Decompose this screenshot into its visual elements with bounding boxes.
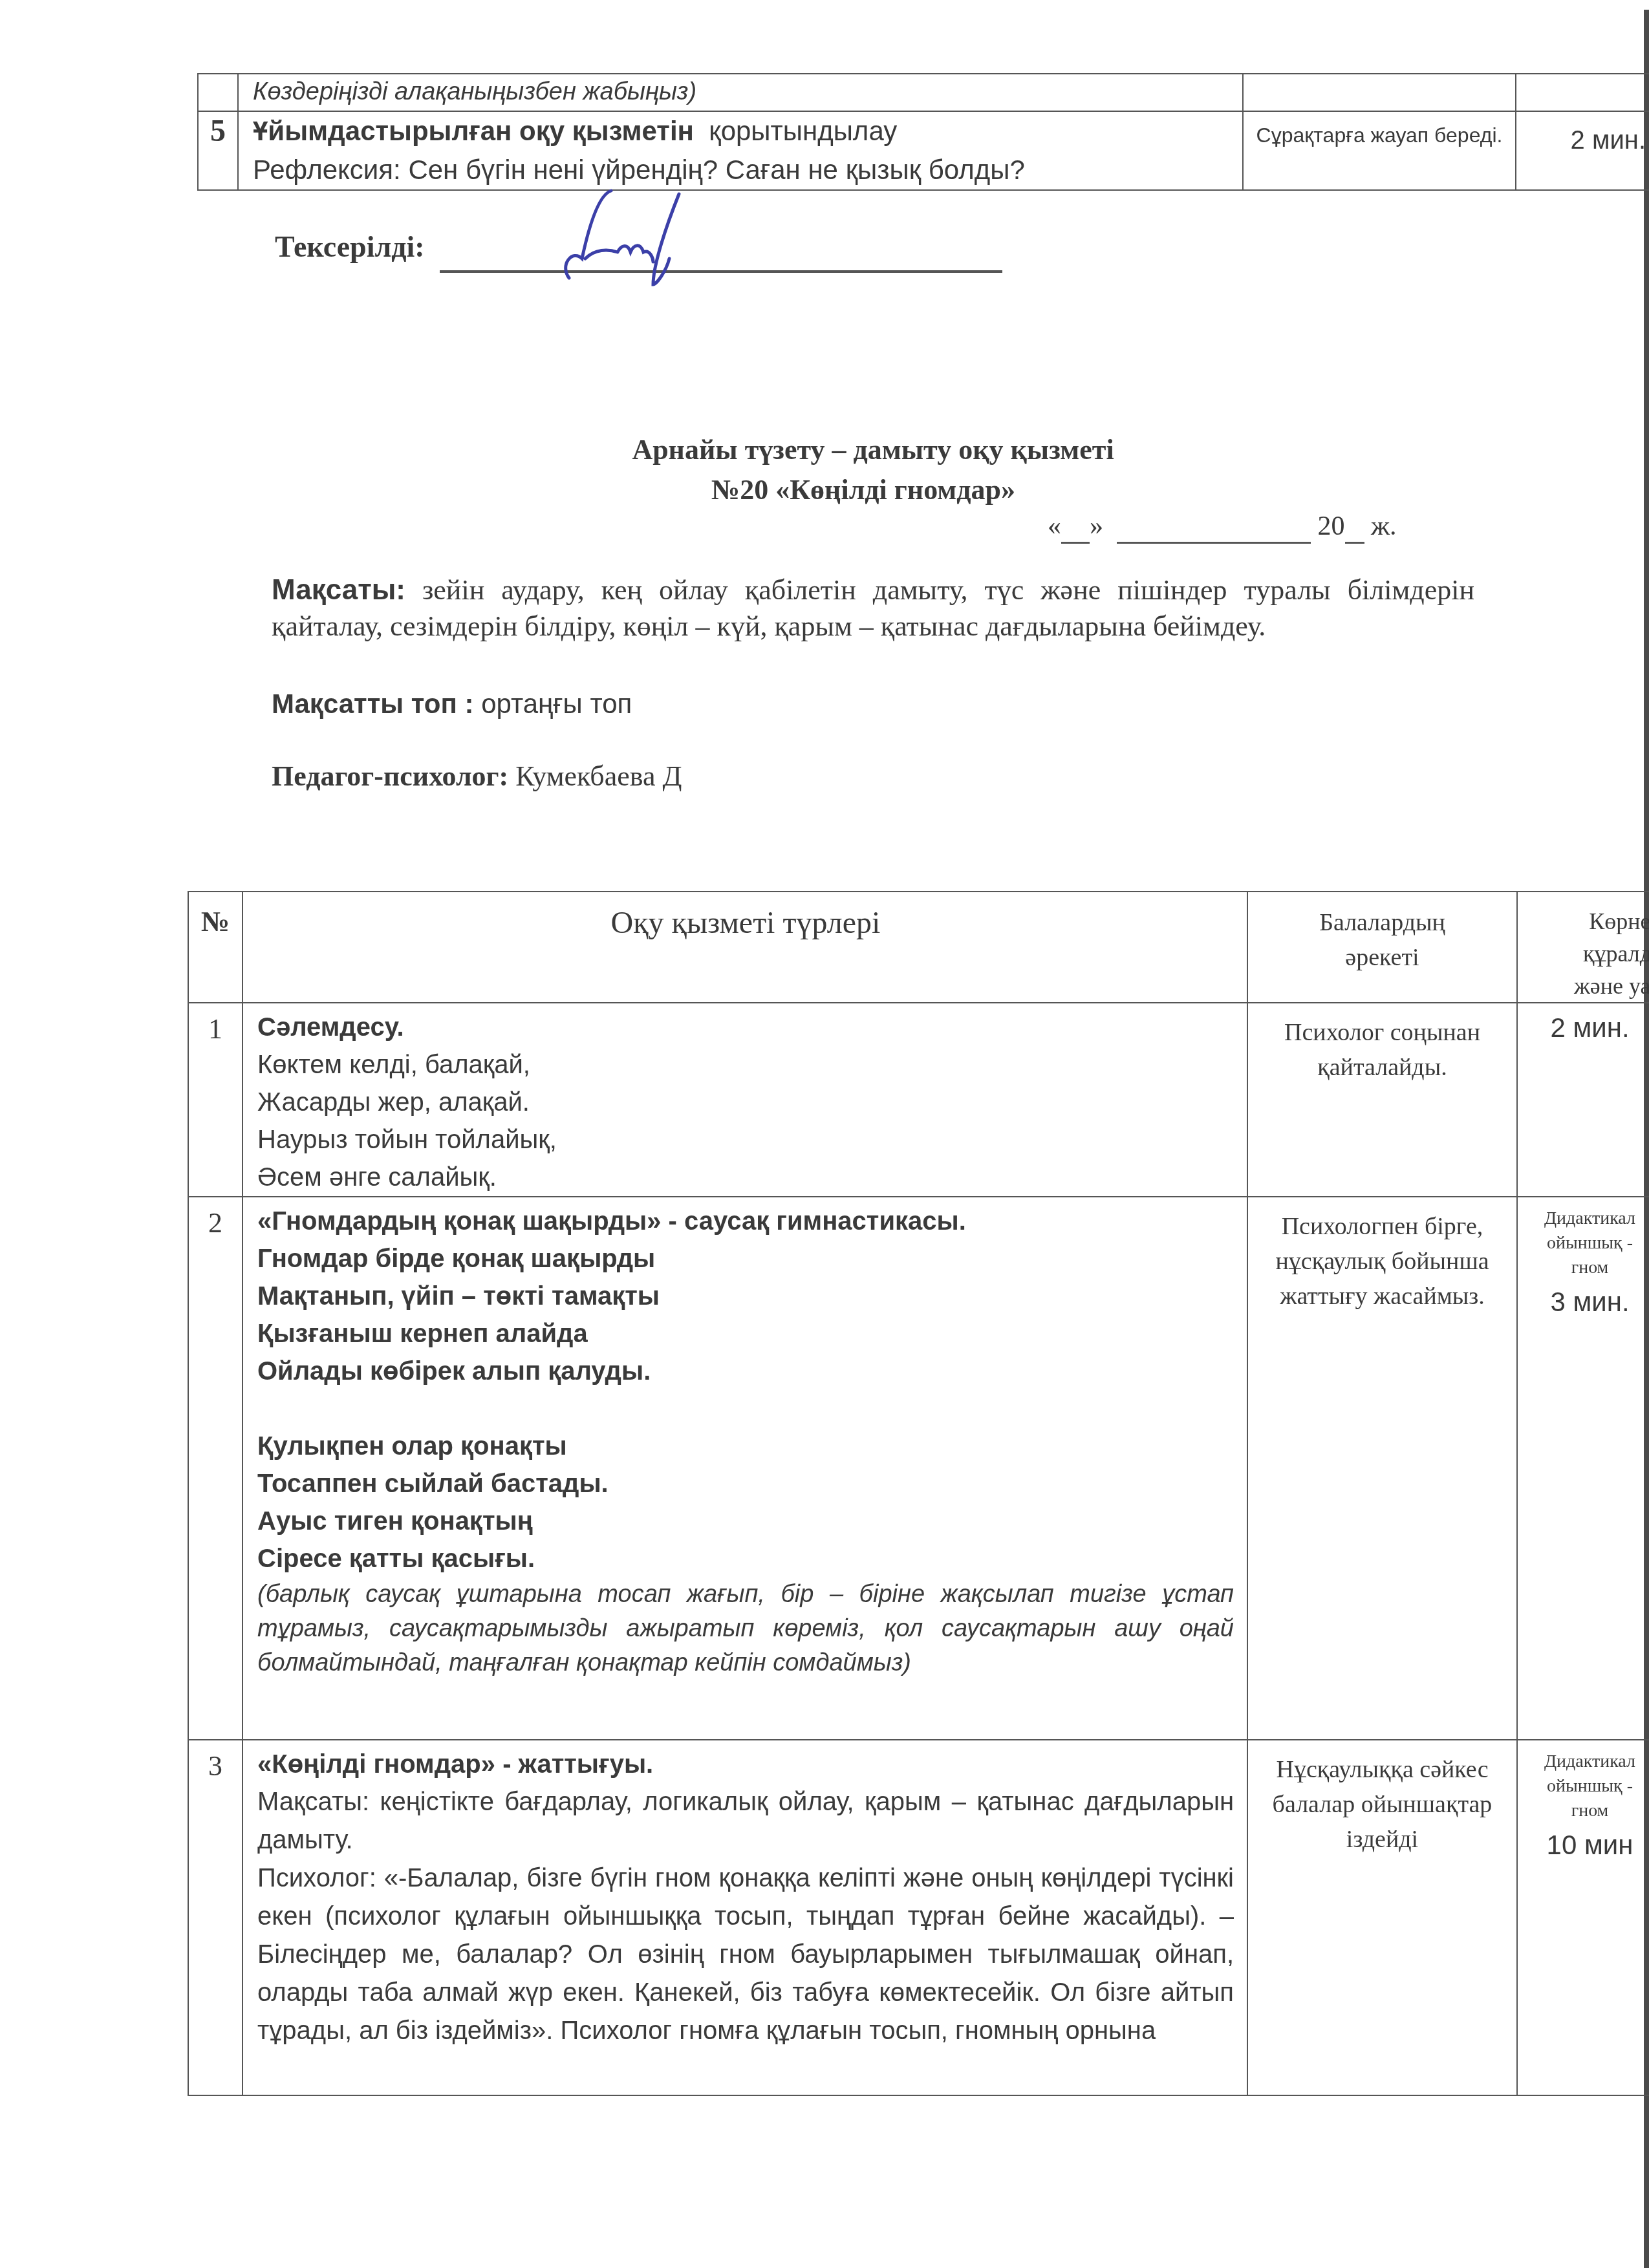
header-children-line2: әрекеті	[1248, 940, 1516, 975]
visual-aid-line1: Дидактикал	[1518, 1749, 1649, 1774]
poem-line: Көктем келді, балақай,	[257, 1046, 1234, 1084]
visual-aid-line3: гном	[1518, 1799, 1649, 1823]
row-title-rest: қорытындылау	[709, 116, 897, 146]
poem-line: Ойлады көбірек алып қалуды.	[257, 1353, 1234, 1390]
table-row: 3 «Көңілді гномдар» - жаттығуы. Мақсаты:…	[188, 1740, 1649, 2095]
teacher-name: Кумекбаева Д	[515, 760, 682, 792]
row-time	[1516, 74, 1649, 111]
visual-aid-line2: ойыншық -	[1518, 1231, 1649, 1256]
target-group-value: ортаңғы топ	[481, 689, 632, 719]
row-number: 3	[188, 1740, 242, 2095]
table-row: 1 Сәлемдесу. Көктем келді, балақай, Жаса…	[188, 1003, 1649, 1197]
header-num: №	[188, 892, 242, 1003]
row-number	[198, 74, 238, 111]
header-visual-line2: құралда	[1518, 937, 1649, 970]
row-title: «Гномдардың қонақ шақырды» - саусақ гимн…	[257, 1203, 1234, 1240]
row-content: «Көңілді гномдар» - жаттығуы. Мақсаты: к…	[242, 1740, 1247, 2095]
goal-label: Мақсаты:	[272, 574, 405, 606]
exercise-goal: Мақсаты: кеңістікте бағдарлау, логикалық…	[257, 1783, 1234, 1859]
day-blank	[1061, 511, 1090, 544]
header-visual-line1: Көрнек	[1518, 905, 1649, 937]
month-blank	[1117, 511, 1311, 544]
row-content: «Гномдардың қонақ шақырды» - саусақ гимн…	[242, 1197, 1247, 1740]
teacher: Педагог-психолог: Кумекбаева Д	[272, 760, 682, 793]
row-title: Сәлемдесу.	[257, 1009, 1234, 1046]
header-visual-line3: және уақ	[1518, 970, 1649, 1002]
poem-line: Сіресе қатты қасығы.	[257, 1540, 1234, 1578]
header-visual-aids: Көрнек құралда және уақ	[1517, 892, 1649, 1003]
target-group: Мақсатты топ : ортаңғы топ	[272, 689, 632, 720]
header-activity-types: Оқу қызметі түрлері	[242, 892, 1247, 1003]
year-suffix: ж.	[1371, 511, 1397, 541]
title-line-2: №20 «Көңілді гномдар»	[78, 470, 1649, 510]
row-visual-time: Дидактикал ойыншық - гном 10 мин	[1517, 1740, 1649, 2095]
signature-icon	[556, 187, 763, 291]
row-activity: Сұрақтарға жауап береді.	[1243, 111, 1516, 190]
poem-line: Қулықпен олар қонақты	[257, 1428, 1234, 1465]
reflection-line: Рефлексия: Сен бүгін нені үйрендің? Саға…	[253, 151, 1242, 189]
instruction-note: (барлық саусақ ұштарына тосап жағып, бір…	[257, 1578, 1234, 1680]
row-number: 1	[188, 1003, 242, 1197]
poem-line: Мақтанып, үйіп – төкті тамақты	[257, 1278, 1234, 1315]
duration: 10 мин	[1518, 1830, 1649, 1861]
row-activity: Психолог соңынан қайталайды.	[1247, 1003, 1517, 1197]
lesson-title: Арнайы түзету – дамыту оқу қызметі №20 «…	[0, 430, 1649, 510]
teacher-label: Педагог-психолог:	[272, 760, 508, 792]
poem-line: Жасарды жер, алақай.	[257, 1084, 1234, 1121]
row-title: Ұйымдастырылған оқу қызметін	[253, 116, 694, 146]
year-blank	[1345, 511, 1364, 544]
year-prefix: 20	[1318, 511, 1345, 541]
row-title: «Көңілді гномдар» - жаттығуы.	[257, 1746, 1234, 1783]
target-group-label: Мақсатты топ :	[272, 689, 473, 719]
table-header: № Оқу қызметі түрлері Балалардың әрекеті…	[188, 892, 1649, 1003]
visual-aid-line1: Дидактикал	[1518, 1206, 1649, 1231]
title-line-1: Арнайы түзету – дамыту оқу қызметі	[97, 430, 1649, 470]
date-line: « » 20 ж.	[1048, 511, 1397, 544]
row-content: Сәлемдесу. Көктем келді, балақай, Жасард…	[242, 1003, 1247, 1197]
row-activity: Психологпен бірге, нұсқаулық бойынша жат…	[1247, 1197, 1517, 1740]
previous-lesson-table: Көздеріңізді алақаныңызбен жабыңыз) 5 Ұй…	[197, 73, 1649, 191]
exercise-description: Психолог: «-Балалар, бізге бүгін гном қо…	[257, 1859, 1234, 2050]
poem-line: Наурыз тойын тойлайық,	[257, 1121, 1234, 1159]
lesson-plan-table: № Оқу қызметі түрлері Балалардың әрекеті…	[188, 891, 1649, 2096]
row-content: Көздеріңізді алақаныңызбен жабыңыз)	[238, 74, 1243, 111]
poem-line: Әсем әнге салайық.	[257, 1159, 1234, 1196]
row-visual-time: Дидактикал ойыншық - гном 3 мин.	[1517, 1197, 1649, 1740]
goal-text: зейін аудару, кең ойлау қабілетін дамыту…	[272, 574, 1474, 642]
date-quote-close: »	[1090, 511, 1103, 541]
header-children-action: Балалардың әрекеті	[1247, 892, 1517, 1003]
row-time: 2 мин.	[1516, 111, 1649, 190]
row-time: 2 мин.	[1517, 1003, 1649, 1197]
table-row: 5 Ұйымдастырылған оқу қызметін қорытынды…	[198, 111, 1649, 190]
date-quote-open: «	[1048, 511, 1061, 541]
row-number: 2	[188, 1197, 242, 1740]
visual-aid-line3: гном	[1518, 1256, 1649, 1280]
checked-label: Тексерілді:	[275, 230, 425, 264]
row-activity: Нұсқаулыққа сәйкес балалар ойыншақтар із…	[1247, 1740, 1517, 2095]
poem-line: Тосаппен сыйлай бастады.	[257, 1465, 1234, 1503]
table-row: 2 «Гномдардың қонақ шақырды» - саусақ ги…	[188, 1197, 1649, 1740]
poem-line: Ауыс тиген қонақтың	[257, 1503, 1234, 1540]
duration: 3 мин.	[1518, 1287, 1649, 1318]
stanza-gap	[257, 1390, 1234, 1428]
poem-line: Қызғаныш кернеп алайда	[257, 1315, 1234, 1353]
row-number: 5	[198, 111, 238, 190]
row-content: Ұйымдастырылған оқу қызметін қорытындыла…	[238, 111, 1243, 190]
visual-aid-line2: ойыншық -	[1518, 1774, 1649, 1799]
table-row: Көздеріңізді алақаныңызбен жабыңыз)	[198, 74, 1649, 111]
row-activity	[1243, 74, 1516, 111]
lesson-goal: Мақсаты: зейін аудару, кең ойлау қабілет…	[272, 572, 1474, 645]
header-children-line1: Балалардың	[1248, 905, 1516, 940]
duration: 2 мин.	[1518, 1012, 1649, 1043]
poem-line: Гномдар бірде қонақ шақырды	[257, 1240, 1234, 1278]
